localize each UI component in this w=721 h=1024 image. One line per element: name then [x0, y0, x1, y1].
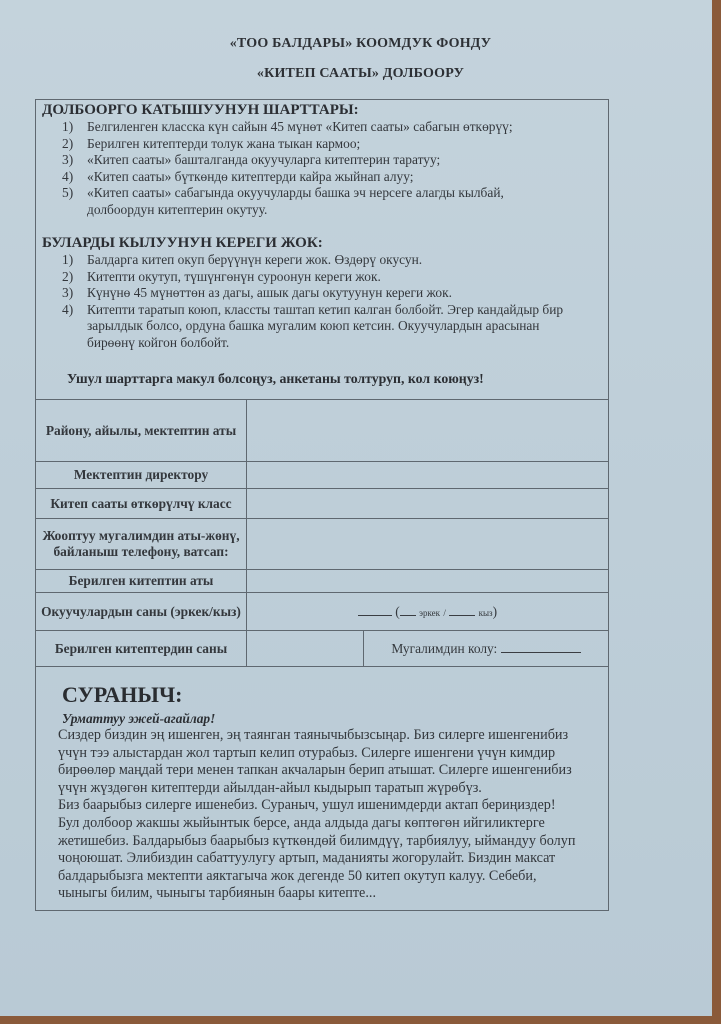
form-row-book-title: Берилген китептин аты — [36, 570, 609, 593]
students-male-blank[interactable] — [400, 605, 416, 616]
form-field-book-count[interactable] — [247, 631, 364, 667]
appeal-line: чоңоюшат. Элибиздин сабаттуулугу артып, … — [58, 850, 596, 868]
form-label-book-title: Берилген китептин аты — [36, 570, 247, 593]
form-row-teacher: Жооптуу мугалимдин аты-жөнү, байланыш те… — [36, 519, 609, 570]
form-label-book-count: Берилген китептердин саны — [36, 631, 247, 667]
appeal-line: жетишебиз. Балдарыбыз баарыбыз күткөндөй… — [58, 833, 596, 851]
form-field-class[interactable] — [247, 489, 609, 519]
condition-item: 3)«Китеп сааты» башталганда окуучуларга … — [62, 152, 597, 169]
form-field-book-title[interactable] — [247, 570, 609, 593]
form-field-school[interactable] — [247, 400, 609, 462]
form-field-students[interactable]: ( эркек / кыз) — [247, 593, 609, 631]
teacher-signature-cell: Мугалимдин колу: — [364, 631, 609, 667]
condition-item: 1)Белгиленген класска күн сайын 45 мүнөт… — [62, 119, 597, 136]
form-field-teacher[interactable] — [247, 519, 609, 570]
students-total-blank[interactable] — [358, 605, 392, 616]
dont-item: 4)Китепти таратып коюп, класcты таштап к… — [62, 302, 582, 352]
dont-item: 1)Балдарга китеп окуп берүүнүн кереги жо… — [62, 252, 582, 269]
appeal-salutation: Урматтуу эжей-агайлар! — [62, 711, 215, 727]
form-label-teacher: Жооптуу мугалимдин аты-жөнү, байланыш те… — [36, 519, 247, 570]
organization-title: «ТОО БАЛДАРЫ» КООМДУК ФОНДУ — [0, 36, 721, 52]
form-field-director[interactable] — [247, 462, 609, 489]
appeal-heading: СУРАНЫЧ: — [62, 682, 182, 708]
form-label-director: Мектептин директору — [36, 462, 247, 489]
teacher-signature-blank[interactable] — [501, 642, 581, 653]
agreement-note: Ушул шарттарга макул болсоңуз, анкетаны … — [67, 371, 484, 387]
form-row-students: Окуучулардын саны (эркек/кыз) ( эркек / … — [36, 593, 609, 631]
form-row-school: Району, айылы, мектептин аты — [36, 400, 609, 462]
students-male-label: эркек — [419, 608, 440, 618]
dont-item: 2)Китепти окутуп, түшүнгөнүн суроонун ке… — [62, 269, 582, 286]
appeal-line: чыныгы билим, чыныгы тарбиянын баары кит… — [58, 885, 596, 903]
form-label-class: Китеп сааты өткөрүлчү класс — [36, 489, 247, 519]
students-female-blank[interactable] — [449, 605, 475, 616]
form-label-school: Району, айылы, мектептин аты — [36, 400, 247, 462]
paper-sheet: «ТОО БАЛДАРЫ» КООМДУК ФОНДУ «КИТЕП СААТЫ… — [0, 0, 712, 1016]
appeal-line: Биз баарыбыз силерге ишенебиз. Сураныч, … — [58, 797, 596, 815]
condition-item: 5)«Китеп сааты» сабагында окуучуларды ба… — [62, 185, 527, 218]
form-row-director: Мектептин директору — [36, 462, 609, 489]
form-row-class: Китеп сааты өткөрүлчү класс — [36, 489, 609, 519]
condition-item: 4)«Китеп сааты» бүткөндө китептерди кайр… — [62, 169, 597, 186]
appeal-body: Сиздер биздин эң ишенген, эң таянган тая… — [58, 727, 596, 903]
students-female-label: кыз — [479, 608, 493, 618]
appeal-line: бирөөлөр маңдай тери менен тапкан акчала… — [58, 762, 596, 780]
teacher-signature-label: Мугалимдин колу: — [391, 641, 497, 656]
dont-item: 3)Күнүнө 45 мүнөттөн аз дагы, ашык дагы … — [62, 285, 582, 302]
form-row-book-count: Берилген китептердин саны Мугалимдин кол… — [36, 631, 609, 667]
appeal-line: балдарыбызга мектепти аяктагыча жок деге… — [58, 868, 596, 886]
conditions-list: 1)Белгиленген класска күн сайын 45 мүнөт… — [62, 119, 597, 219]
appeal-line: үчүн тээ алыстардан жол тартып келип оту… — [58, 745, 596, 763]
project-title: «КИТЕП СААТЫ» ДОЛБООРУ — [0, 66, 721, 82]
appeal-line: Бул долбоор жакшы жыйынтык берсе, анда а… — [58, 815, 596, 833]
appeal-line: Сиздер биздин эң ишенген, эң таянган тая… — [58, 727, 596, 745]
application-form-table: Району, айылы, мектептин аты Мектептин д… — [35, 399, 609, 667]
donts-heading: БУЛАРДЫ КЫЛУУНУН КЕРЕГИ ЖОК: — [42, 235, 323, 252]
form-label-students: Окуучулардын саны (эркек/кыз) — [36, 593, 247, 631]
conditions-heading: ДОЛБООРГО КАТЫШУУНУН ШАРТТАРЫ: — [42, 102, 359, 119]
appeal-line: үчүн жүздөгөн китептерди айылдан-айыл кы… — [58, 780, 596, 798]
donts-list: 1)Балдарга китеп окуп берүүнүн кереги жо… — [62, 252, 582, 352]
condition-item: 2)Берилген китептерди толук жана тыкан к… — [62, 136, 597, 153]
